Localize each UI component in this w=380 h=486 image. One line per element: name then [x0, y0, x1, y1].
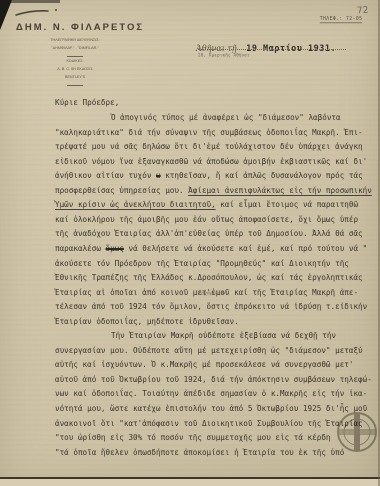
body-line: αὐτῆς καί ἰσχυόντων. Ὁ κ.Μακρῆς μέ προσε… [55, 358, 371, 373]
body-line: Ὁ ἀπογινός τύπος μέ ἀναφέρει ὡς "διάμεσο… [55, 111, 371, 126]
codes-value-2: BENTLEY'S [38, 75, 111, 80]
codes-value-1: A. B. C. 5Η ΕΚΔΟΣΙΣ [38, 67, 111, 72]
body-line: Ἑταιρίαν ὁδοποιΐας, μηδέποτε ἱδρυθεῖσαν. [55, 315, 371, 330]
body-line: Τήν Ἑταιρίαν Μακρῆ οὐδέποτε ἐξεβίασα νά … [55, 329, 371, 344]
page-number: 72 [356, 6, 368, 17]
divider [67, 85, 83, 86]
body-line: "του ὡρίσθη εἰς 30% τό ποσόν τῆς συμμετο… [55, 431, 371, 446]
phone-number: ΤΗΛΕΦ.: 72-05 [319, 16, 362, 23]
body-line: νότητά μου, ὥστε κατέχω ἐπιστολήν του ἀπ… [55, 402, 371, 417]
body-line: παρακαλέσω ὅμως νά θελήσετε νά ἀκούσετε … [55, 242, 371, 257]
divider [67, 56, 83, 57]
body-line: εἰδικοῦ νόμου ἵνα ἐξαναγκασθῶ νά ἀποδώσω… [55, 155, 371, 170]
handwritten-annotation: Ζαχαρίου κλ. [198, 290, 229, 296]
body-line: αὐτοῦ ἀπό τοῦ Ὀκτωβρίου τοῦ 1924, διά τή… [55, 373, 371, 388]
body-line: Ὑμῶν κρίσιν ὡς ἀνεκλήτου διαιτητοῦ, καί … [55, 198, 371, 213]
body-line: τῆς ἀναδόχου Ἑταιρίας ἀλλ'ἀπ'εὐθείας ὑπέ… [55, 227, 371, 242]
scan-top-edge [0, 0, 60, 3]
scan-corner-shadow [0, 0, 12, 30]
pencil-mark [14, 6, 64, 18]
codes-label: ΚΩΔΙΚΕΣ: [38, 59, 111, 64]
body-line: τρέψατέ μου νά σᾶς δηλώσω ὅτι δι'ἐμέ τοὐ… [55, 140, 371, 155]
body-line: Ἐθνικῆς Τραπέζης τῆς Ἑλλάδος κ.Δροσόπουλ… [55, 271, 371, 286]
telegraph-label: ΤΗΛΕΓΡΑΦΙΚΗ ΔΙΕΥΘΥΝΣΙΣ: [38, 38, 111, 43]
telegraph-value: "ΔΗΜΦΙΛΑΡ." - "DIMFILAR." [38, 46, 111, 51]
body-line: προσφερθείσας ὑπηρεσίας μου. Ἀφίεμαι ἀνε… [55, 184, 371, 199]
body-line: "τά ὁποῖα ἤθελεν ὁπωσδήποτε ἀποκομίσει ἡ… [55, 446, 371, 461]
body-line: νων καί ὁδοποιΐας. Τοιαύτην ἀπέδιδε σημα… [55, 387, 371, 402]
body-line: ἀνήθικον αἰτίαν τυχόν ω κτηθεῖσαν, ἤ καί… [55, 169, 371, 184]
sender-name: ΔΗΜ. Ν. ΦΙΛΑΡΕΤΟΣ [16, 22, 134, 33]
address-line: 20, Ἀμερικῆς Ἀθῆναι [198, 53, 250, 58]
salutation: Κύριε Πρόεδρε, [55, 96, 371, 111]
date-underline [198, 49, 346, 50]
body-line: συνεργασίαν μου. Οὐδέποτε αὕτη μέ μετεχε… [55, 344, 371, 359]
letter-body: Κύριε Πρόεδρε, Ὁ ἀπογινός τύπος μέ ἀναφέ… [55, 96, 371, 460]
body-line: "καληκαριάτικα" διά τήν σύναψιν τῆς συμβ… [55, 126, 371, 141]
archive-stamp-icon [335, 410, 380, 455]
letter-document: 72 ΤΗΛΕΦ.: 72-05 ΔΗΜ. Ν. ΦΙΛΑΡΕΤΟΣ ΤΗΛΕΓ… [0, 0, 380, 486]
body-lines: Ὁ ἀπογινός τύπος μέ ἀναφέρει ὡς "διάμεσο… [55, 111, 371, 460]
body-line: τέλεσαν ἀπό τοῦ 1924 τόν ὅμιλον, ὅστις ἐ… [55, 300, 371, 315]
body-line: ἀνακοινοῖ ὅτι "κατ'ἀπόφασιν τοῦ Διοικητι… [55, 417, 371, 432]
body-line: ἀκούσετε τόν Πρόεδρον τῆς Ἑταιρίας "Προμ… [55, 257, 371, 272]
body-line: καί ὁλοκλήρου τῆς ἀμοιβῆς μου ἐάν οὕτως … [55, 213, 371, 228]
letterhead: ΔΗΜ. Ν. ΦΙΛΑΡΕΤΟΣ ΤΗΛΕΓΡΑΦΙΚΗ ΔΙΕΥΘΥΝΣΙΣ… [16, 22, 134, 88]
scan-bottom-strip [0, 479, 380, 486]
